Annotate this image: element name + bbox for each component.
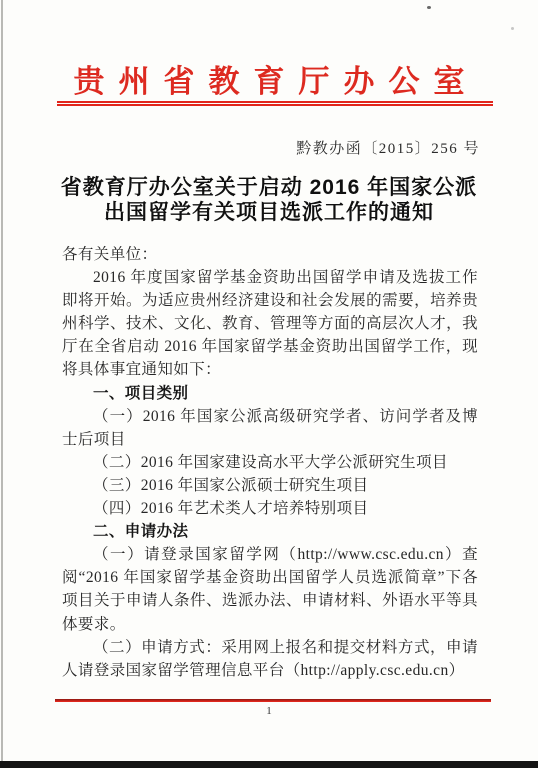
section2-heading: 二、申请办法 [62, 520, 478, 543]
section2-item-1: （一）请登录国家留学网（http://www.csc.edu.cn）查阅“201… [62, 543, 478, 635]
document-title-line1: 省教育厅办公室关于启动 2016 年国家公派 [30, 175, 508, 200]
letterhead-org-name: 贵州省教育厅办公室 [0, 56, 538, 101]
page-number: 1 [0, 705, 538, 717]
salutation: 各有关单位： [62, 243, 478, 266]
scanned-document-page: 贵州省教育厅办公室 黔教办函〔2015〕256 号 省教育厅办公室关于启动 20… [0, 0, 538, 768]
section1-item-2: （二）2016 年国家建设高水平大学公派研究生项目 [62, 451, 478, 474]
section1-item-1: （一）2016 年国家公派高级研究学者、访问学者及博士后项目 [62, 405, 478, 451]
section2-item-2: （二）申请方式：采用网上报名和提交材料方式，申请人请登录国家留学管理信息平台（h… [62, 636, 478, 682]
letterhead-divider-rule [57, 101, 493, 106]
document-number: 黔教办函〔2015〕256 号 [0, 137, 480, 158]
scan-speck [427, 6, 431, 9]
scan-edge-left [1, 0, 3, 768]
scan-edge-bottom [0, 761, 538, 768]
document-title-line2: 出国留学有关项目选派工作的通知 [30, 200, 508, 225]
intro-paragraph: 2016 年度国家留学基金资助出国留学申请及选拔工作即将开始。为适应贵州经济建设… [62, 266, 478, 381]
document-title: 省教育厅办公室关于启动 2016 年国家公派 出国留学有关项目选派工作的通知 [30, 175, 508, 225]
footer-divider-rule [55, 699, 491, 702]
section1-item-4: （四）2016 年艺术类人才培养特别项目 [62, 497, 478, 520]
scan-speck [511, 27, 514, 30]
section1-heading: 一、项目类别 [62, 382, 478, 405]
section1-item-3: （三）2016 年国家公派硕士研究生项目 [62, 474, 478, 497]
document-body: 各有关单位： 2016 年度国家留学基金资助出国留学申请及选拔工作即将开始。为适… [62, 243, 478, 682]
